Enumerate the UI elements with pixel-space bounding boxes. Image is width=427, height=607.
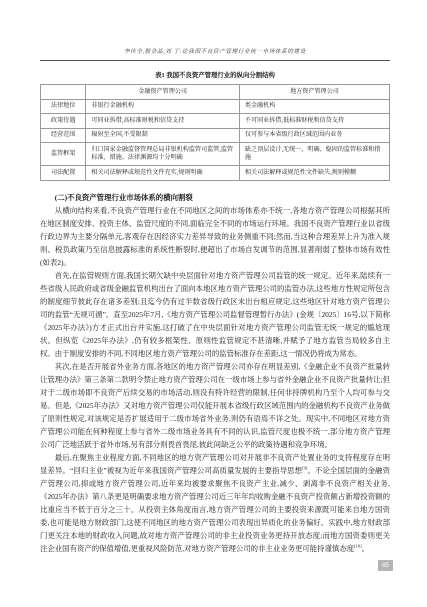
paragraph-text: 首先,在监管规则方面,我国长期欠缺中央层面针对地方资产管理公司监管的统一规定。近… (40, 271, 390, 358)
page-content: 李传全,殷金晶,刘 丁:论我国不良资产管理行业统一市场体系的建设 表1 我国不良… (40, 48, 390, 555)
paragraph-text: 。不论全国层面的金融资产管理公司,抑或地方资产管理公司,近年来均被要求聚焦不良资… (40, 466, 390, 553)
cell-lamc: 仅可参与本省级行政区域范围内业务 (239, 128, 389, 143)
paragraph-4: 最后,在聚焦主业程度方面,不同地区的地方资产管理公司对开展非不良资产处置业务的支… (40, 451, 390, 555)
paragraph-text: 从横向结构来看,不良资产管理行业在不同地区之间的市场体系亦不统一,各地方资产管理… (40, 206, 390, 267)
section-heading: (二)不良资产管理行业市场体系的横向割裂 (40, 191, 390, 204)
table-caption: 表1 我国不良资产管理行业的纵向分割结构 (40, 72, 390, 80)
table-row: 经营范围 辐射至全国,不受限制 仅可参与本省级行政区域范围内业务 (41, 128, 390, 143)
paragraph-2: 首先,在监管规则方面,我国长期欠缺中央层面针对地方资产管理公司监管的统一规定。近… (40, 269, 390, 360)
cell-famc: 相关司法解释或规范性文件充实,规则明确 (86, 166, 240, 181)
vertical-split-table: 金融资产管理公司 地方资产管理公司 法律地位 非银行金融机构 类金融机构 政策待… (40, 84, 390, 181)
page-number-badge: 85 (378, 560, 393, 571)
table-row: 法律地位 非银行金融机构 类金融机构 (41, 99, 390, 114)
paragraph-3: 其次,在是否开展省外业务方面,各地区的地方资产管理公司亦存在明显差别,《金融企业… (40, 360, 390, 451)
row-label: 经营范围 (41, 128, 86, 143)
running-head: 李传全,殷金晶,刘 丁:论我国不良资产管理行业统一市场体系的建设 (40, 48, 390, 56)
row-label: 监管框架 (41, 143, 86, 166)
col-header-famc: 金融资产管理公司 (86, 85, 240, 100)
cell-lamc: 不可同业拆借,低标准财税和信贷支持 (239, 114, 389, 129)
cell-famc: 非银行金融机构 (86, 99, 240, 114)
table-row: 政策待遇 可同业拆借,高标准财税和信贷支持 不可同业拆借,低标准财税和信贷支持 (41, 114, 390, 129)
cell-lamc: 相关司法解释或规范性文件缺失,规则模糊 (239, 166, 389, 181)
paragraph-1: 从横向结构来看,不良资产管理行业在不同地区之间的市场体系亦不统一,各地方资产管理… (40, 204, 390, 269)
cell-famc: 可同业拆借,高标准财税和信贷支持 (86, 114, 240, 129)
table-row: 司法配置 相关司法解释或规范性文件充实,规则明确 相关司法解释或规范性文件缺失,… (41, 166, 390, 181)
table-row: 监管框架 归口国家金融监督管理总局非银机构监管司监管,监管标准、措施、法律渊源均… (41, 143, 390, 166)
table-header-row: 金融资产管理公司 地方资产管理公司 (41, 85, 390, 100)
paragraph-text: 其次,在是否开展省外业务方面,各地区的地方资产管理公司亦存在明显差别,《金融企业… (40, 362, 390, 449)
header-rule (40, 60, 390, 61)
cell-lamc: 类金融机构 (239, 99, 389, 114)
row-label: 政策待遇 (41, 114, 86, 129)
paragraph-text: 。 (362, 544, 369, 553)
cell-famc: 辐射至全国,不受限制 (86, 128, 240, 143)
cell-famc: 归口国家金融监督管理总局非银机构监管司监管,监管标准、措施、法律渊源均十分明确 (86, 143, 240, 166)
row-label: 司法配置 (41, 166, 86, 181)
citation-ref: [10] (354, 543, 362, 548)
row-label: 法律地位 (41, 99, 86, 114)
cell-lamc: 缺乏顶层设计,无统一、明确、稳固的监管标准和措施 (239, 143, 389, 166)
col-header-empty (41, 85, 86, 100)
col-header-lamc: 地方资产管理公司 (239, 85, 389, 100)
journal-page: 李传全,殷金晶,刘 丁:论我国不良资产管理行业统一市场体系的建设 表1 我国不良… (0, 0, 427, 607)
